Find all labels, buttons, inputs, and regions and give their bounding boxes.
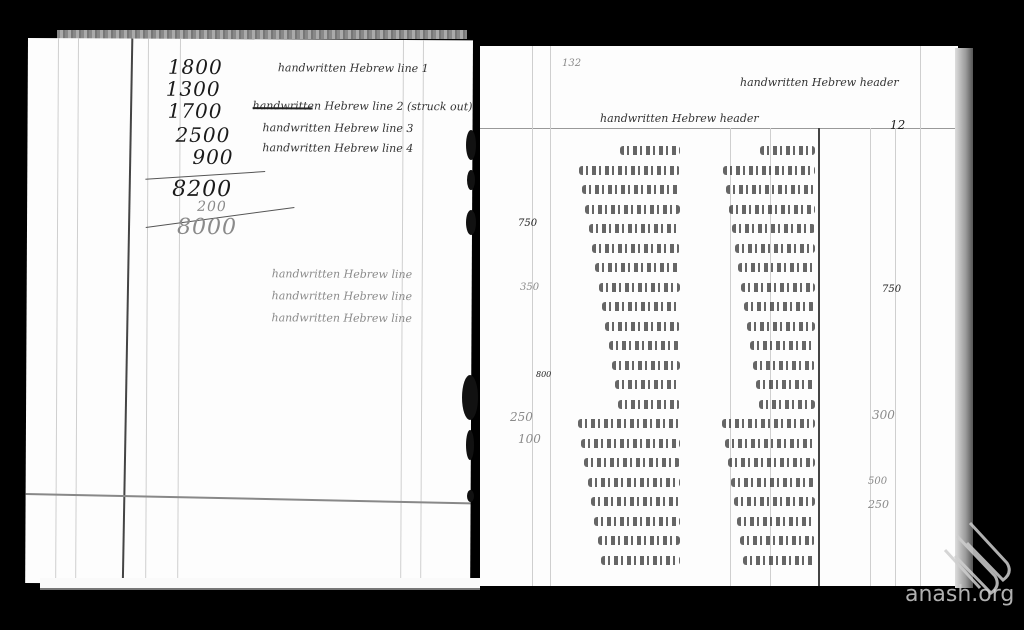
- ledger-entry: [760, 146, 815, 155]
- rule-line: [145, 39, 149, 584]
- ledger-entry: [618, 400, 680, 409]
- ledger-entry: [605, 322, 680, 331]
- amount: 250: [868, 498, 889, 511]
- ink-blot: [462, 375, 478, 420]
- amount: 750: [882, 284, 901, 295]
- sum-entry: 1300: [166, 77, 221, 101]
- ledger-entry: [612, 361, 680, 370]
- rule-line: [55, 38, 59, 583]
- header-rule: [480, 128, 958, 129]
- header-entry: handwritten Hebrew header: [600, 112, 759, 125]
- ledger-entry: [750, 341, 815, 350]
- sum-entry: 2500: [175, 123, 230, 147]
- amount: 800: [536, 370, 551, 379]
- note-line: handwritten Hebrew line 4: [262, 141, 413, 155]
- ledger-entry: [735, 244, 815, 253]
- amount: 100: [518, 432, 541, 446]
- left-page: 1800 1300 1700 2500 900 8200 200 8000 ha…: [25, 38, 473, 585]
- ledger-entry: [581, 439, 680, 448]
- ledger-entry: [594, 517, 680, 526]
- ink-blot: [466, 430, 474, 460]
- ledger-entry: [759, 400, 815, 409]
- ledger-entry: [738, 263, 815, 272]
- ledger-entry: [591, 497, 680, 506]
- ledger-entry: [737, 517, 815, 526]
- ledger-entry: [588, 478, 680, 487]
- ledger-entry: [592, 244, 680, 253]
- book-spine: [462, 130, 478, 510]
- page-bottom-edge: [40, 578, 480, 590]
- ledger-entry: [615, 380, 680, 389]
- ledger-entry: [731, 478, 815, 487]
- note-line: handwritten Hebrew line 2 (struck out): [253, 99, 473, 113]
- ledger-entry: [585, 205, 680, 214]
- ledger-entry: [579, 166, 680, 175]
- header-entry: handwritten Hebrew header: [740, 76, 899, 89]
- ledger-entry: [595, 263, 680, 272]
- ledger-entry: [609, 341, 681, 350]
- amount: 250: [510, 410, 533, 424]
- ledger-entry: [741, 283, 815, 292]
- adjustment: 200: [197, 199, 227, 215]
- horizontal-rule: [26, 493, 471, 504]
- ledger-entry: [744, 302, 815, 311]
- ledger-entry: [725, 439, 815, 448]
- ledger-entry: [578, 419, 680, 428]
- ledger-entry: [729, 205, 815, 214]
- amount: 300: [872, 408, 895, 422]
- margin-line: [122, 39, 134, 584]
- rule-line: [870, 128, 871, 586]
- ledger-entry: [743, 556, 815, 565]
- header-number: 12: [890, 118, 905, 132]
- ledger-entry: [728, 458, 815, 467]
- ink-blot: [466, 210, 476, 235]
- ledger-entry: [747, 322, 815, 331]
- ledger-entry: [584, 458, 680, 467]
- ledger-entry: [722, 419, 815, 428]
- ink-blot: [467, 490, 474, 502]
- ledger-entry: [723, 166, 815, 175]
- ledger-entry: [601, 556, 680, 565]
- strikethrough: [253, 107, 313, 109]
- ledger-entry: [756, 380, 815, 389]
- ledger-entry: [732, 224, 815, 233]
- sum-entry: 900: [192, 145, 233, 169]
- ledger-entry: [753, 361, 815, 370]
- note-line: handwritten Hebrew line 1: [278, 61, 429, 75]
- sum-entry: 1700: [168, 99, 223, 123]
- rule-line: [532, 46, 533, 586]
- ledger-entry: [620, 146, 681, 155]
- ledger-entry: [582, 185, 680, 194]
- right-page: 132 handwritten Hebrew header handwritte…: [480, 46, 958, 586]
- rule-line: [920, 46, 921, 586]
- amount: 500: [868, 476, 887, 487]
- amount: 350: [520, 282, 539, 293]
- page-stack-edge: [955, 48, 973, 588]
- ink-blot: [466, 130, 476, 160]
- watermark-text: anash.org: [905, 582, 1014, 607]
- column-divider: [818, 128, 820, 586]
- total: 8000: [177, 215, 237, 240]
- sum-entry: 1800: [168, 55, 223, 79]
- rule-line: [75, 38, 79, 583]
- rule-line: [730, 128, 731, 586]
- note-line: handwritten Hebrew line: [272, 267, 412, 281]
- note-line: handwritten Hebrew line: [272, 311, 412, 325]
- ledger-entry: [589, 224, 680, 233]
- ink-blot: [467, 170, 475, 190]
- ledger-entry: [734, 497, 815, 506]
- rule-line: [550, 46, 551, 586]
- ledger-entry: [599, 283, 680, 292]
- ledger-entry: [602, 302, 680, 311]
- note-line: handwritten Hebrew line 3: [262, 121, 413, 135]
- note-line: handwritten Hebrew line: [272, 289, 412, 303]
- ledger-entry: [598, 536, 681, 545]
- amount: 750: [518, 218, 537, 229]
- ledger-entry: [726, 185, 815, 194]
- ledger-entry: [740, 536, 815, 545]
- top-annotation: 132: [562, 58, 581, 69]
